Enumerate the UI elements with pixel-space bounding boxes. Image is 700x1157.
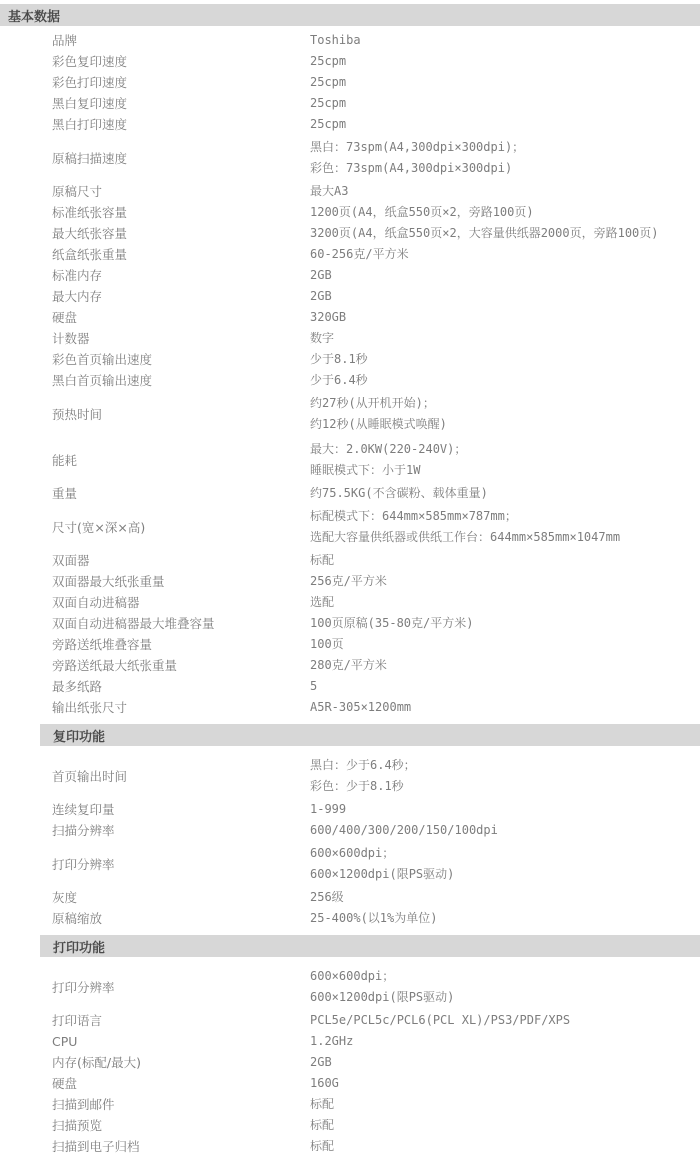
spec-row-label: 双面自动进稿器 [52,592,310,613]
spec-row: 原稿缩放25-400%(以1%为单位) [0,908,700,929]
spec-row: 灰度256级 [0,887,700,908]
spec-row-label: 扫描到邮件 [52,1094,310,1115]
spec-row: 原稿扫描速度黑白：73spm(A4,300dpi×300dpi)；彩色：73sp… [0,135,700,181]
spec-row: 纸盒纸张重量60-256克/平方米 [0,244,700,265]
spec-row-value: 1-999 [310,799,700,820]
spec-row: 标准纸张容量1200页(A4，纸盒550页×2，旁路100页) [0,202,700,223]
spec-page: 基本数据品牌Toshiba彩色复印速度25cpm彩色打印速度25cpm黑白复印速… [0,0,700,1157]
spec-value-line: 标配 [310,1094,700,1115]
spec-row-value: PCL5e/PCL5c/PCL6(PCL XL)/PS3/PDF/XPS [310,1010,700,1031]
spec-value-line: 25cpm [310,114,700,135]
spec-row: 彩色复印速度25cpm [0,51,700,72]
spec-row-value: 少于6.4秒 [310,370,700,391]
spec-value-line: 选配大容量供纸器或供纸工作台：644mm×585mm×1047mm [310,527,700,548]
spec-row-value: 最大：2.0KW(220-240V)；睡眠模式下：小于1W [310,439,700,481]
spec-row-label: 黑白首页输出速度 [52,370,310,391]
spec-row-value: A5R-305×1200mm [310,697,700,718]
spec-row-value: 25-400%(以1%为单位) [310,908,700,929]
spec-row: 原稿尺寸最大A3 [0,181,700,202]
spec-row-value: 25cpm [310,93,700,114]
spec-row-label: 标准纸张容量 [52,202,310,223]
spec-row-value: 最大A3 [310,181,700,202]
spec-row-label: 尺寸(宽×深×高) [52,506,310,548]
spec-row: 硬盘320GB [0,307,700,328]
spec-row-label: 首页输出时间 [52,755,310,797]
spec-row: 黑白首页输出速度少于6.4秒 [0,370,700,391]
spec-row-label: 扫描分辨率 [52,820,310,841]
spec-row-label: 硬盘 [52,1073,310,1094]
spec-row: 预热时间约27秒(从开机开始)；约12秒(从睡眠模式唤醒) [0,391,700,437]
spec-table: 基本数据品牌Toshiba彩色复印速度25cpm彩色打印速度25cpm黑白复印速… [0,4,700,1157]
spec-row-label: 扫描预览 [52,1115,310,1136]
spec-row-label: 原稿扫描速度 [52,137,310,179]
spec-row: 最大纸张容量3200页(A4，纸盒550页×2，大容量供纸器2000页，旁路10… [0,223,700,244]
spec-value-line: 5 [310,676,700,697]
spec-value-line: A5R-305×1200mm [310,697,700,718]
spec-value-line: 600×600dpi； [310,843,700,864]
spec-row-value: 25cpm [310,51,700,72]
spec-row: 扫描预览标配 [0,1115,700,1136]
spec-row: 硬盘160G [0,1073,700,1094]
spec-row: 最大内存2GB [0,286,700,307]
spec-value-line: 黑白：73spm(A4,300dpi×300dpi)； [310,137,700,158]
spec-value-line: 少于8.1秒 [310,349,700,370]
spec-row-value: 标配 [310,1115,700,1136]
section-header: 复印功能 [40,724,700,746]
spec-row-label: 彩色首页输出速度 [52,349,310,370]
section-title: 复印功能 [53,726,105,745]
spec-row: 打印语言PCL5e/PCL5c/PCL6(PCL XL)/PS3/PDF/XPS [0,1010,700,1031]
spec-row-value: 5 [310,676,700,697]
spec-value-line: 600/400/300/200/150/100dpi [310,820,700,841]
spec-row: 连续复印量1-999 [0,799,700,820]
spec-row-value: 少于8.1秒 [310,349,700,370]
spec-row-value: 2GB [310,286,700,307]
spec-value-line: 25-400%(以1%为单位) [310,908,700,929]
spec-value-line: 3200页(A4，纸盒550页×2，大容量供纸器2000页，旁路100页) [310,223,700,244]
spec-row-label: 品牌 [52,30,310,51]
spec-row-value: 100页原稿(35-80克/平方米) [310,613,700,634]
spec-row-value: 1.2GHz [310,1031,700,1052]
spec-row: 黑白复印速度25cpm [0,93,700,114]
spec-row-value: Toshiba [310,30,700,51]
spec-value-line: 2GB [310,265,700,286]
spec-value-line: 彩色：少于8.1秒 [310,776,700,797]
spec-row-value: 60-256克/平方米 [310,244,700,265]
spec-row: 彩色打印速度25cpm [0,72,700,93]
spec-value-line: 最大A3 [310,181,700,202]
spec-row: 双面自动进稿器选配 [0,592,700,613]
spec-value-line: 25cpm [310,51,700,72]
spec-row-label: 标准内存 [52,265,310,286]
spec-row-label: 输出纸张尺寸 [52,697,310,718]
spec-row-label: 硬盘 [52,307,310,328]
spec-row-label: 扫描到电子归档 [52,1136,310,1157]
spec-value-line: 彩色：73spm(A4,300dpi×300dpi) [310,158,700,179]
spec-row-value: 选配 [310,592,700,613]
spec-value-line: 256克/平方米 [310,571,700,592]
spec-row-value: 2GB [310,1052,700,1073]
spec-row-label: 最多纸路 [52,676,310,697]
spec-row-value: 25cpm [310,72,700,93]
spec-row: 尺寸(宽×深×高)标配模式下：644mm×585mm×787mm；选配大容量供纸… [0,504,700,550]
spec-row-label: 打印语言 [52,1010,310,1031]
spec-row-label: 旁路送纸堆叠容量 [52,634,310,655]
spec-value-line: PCL5e/PCL5c/PCL6(PCL XL)/PS3/PDF/XPS [310,1010,700,1031]
spec-row: 黑白打印速度25cpm [0,114,700,135]
spec-row: 扫描分辨率600/400/300/200/150/100dpi [0,820,700,841]
spec-value-line: 280克/平方米 [310,655,700,676]
spec-row-value: 600×600dpi；600×1200dpi(限PS驱动) [310,966,700,1008]
spec-value-line: 100页 [310,634,700,655]
section-header: 打印功能 [40,935,700,957]
spec-row-label: 预热时间 [52,393,310,435]
section-title: 打印功能 [53,937,105,956]
spec-value-line: 最大：2.0KW(220-240V)； [310,439,700,460]
section-title: 基本数据 [8,6,60,25]
spec-row-label: 黑白复印速度 [52,93,310,114]
spec-value-line: 标配 [310,550,700,571]
spec-value-line: 25cpm [310,72,700,93]
spec-value-line: 100页原稿(35-80克/平方米) [310,613,700,634]
spec-value-line: 2GB [310,1052,700,1073]
spec-row-value: 320GB [310,307,700,328]
spec-value-line: 少于6.4秒 [310,370,700,391]
spec-row-value: 160G [310,1073,700,1094]
spec-row-label: 打印分辨率 [52,843,310,885]
spec-row: 打印分辨率600×600dpi；600×1200dpi(限PS驱动) [0,964,700,1010]
spec-row-label: 最大内存 [52,286,310,307]
spec-value-line: 黑白：少于6.4秒； [310,755,700,776]
spec-row-value: 标配模式下：644mm×585mm×787mm；选配大容量供纸器或供纸工作台：6… [310,506,700,548]
spec-value-line: 睡眠模式下：小于1W [310,460,700,481]
section-header: 基本数据 [0,4,700,26]
spec-row: 重量约75.5KG(不含碳粉、载体重量) [0,483,700,504]
spec-row-label: 灰度 [52,887,310,908]
spec-row: CPU1.2GHz [0,1031,700,1052]
spec-row: 扫描到电子归档标配 [0,1136,700,1157]
spec-value-line: 约27秒(从开机开始)； [310,393,700,414]
spec-value-line: 1-999 [310,799,700,820]
spec-row: 彩色首页输出速度少于8.1秒 [0,349,700,370]
spec-row: 计数器数字 [0,328,700,349]
spec-row: 打印分辨率600×600dpi；600×1200dpi(限PS驱动) [0,841,700,887]
spec-row-value: 256级 [310,887,700,908]
spec-value-line: 数字 [310,328,700,349]
spec-value-line: 2GB [310,286,700,307]
spec-row-label: 黑白打印速度 [52,114,310,135]
spec-value-line: 60-256克/平方米 [310,244,700,265]
spec-row-label: 旁路送纸最大纸张重量 [52,655,310,676]
spec-value-line: 标配 [310,1115,700,1136]
spec-row: 首页输出时间黑白：少于6.4秒；彩色：少于8.1秒 [0,753,700,799]
spec-value-line: 选配 [310,592,700,613]
spec-row-label: 最大纸张容量 [52,223,310,244]
spec-row: 旁路送纸最大纸张重量280克/平方米 [0,655,700,676]
spec-row: 内存(标配/最大)2GB [0,1052,700,1073]
spec-row-value: 256克/平方米 [310,571,700,592]
spec-row-label: 彩色复印速度 [52,51,310,72]
section-rows: 首页输出时间黑白：少于6.4秒；彩色：少于8.1秒连续复印量1-999扫描分辨率… [0,753,700,929]
spec-row-label: 打印分辨率 [52,966,310,1008]
spec-value-line: 600×600dpi； [310,966,700,987]
spec-row-label: 双面器 [52,550,310,571]
spec-row: 双面器标配 [0,550,700,571]
spec-row-label: CPU [52,1031,310,1052]
spec-row: 扫描到邮件标配 [0,1094,700,1115]
spec-value-line: 标配 [310,1136,700,1157]
spec-row: 双面自动进稿器最大堆叠容量100页原稿(35-80克/平方米) [0,613,700,634]
section-rows: 品牌Toshiba彩色复印速度25cpm彩色打印速度25cpm黑白复印速度25c… [0,26,700,718]
spec-row-value: 标配 [310,550,700,571]
spec-row-value: 数字 [310,328,700,349]
spec-row: 标准内存2GB [0,265,700,286]
spec-row-value: 100页 [310,634,700,655]
spec-value-line: 1200页(A4，纸盒550页×2，旁路100页) [310,202,700,223]
spec-row: 能耗最大：2.0KW(220-240V)；睡眠模式下：小于1W [0,437,700,483]
spec-row-value: 1200页(A4，纸盒550页×2，旁路100页) [310,202,700,223]
spec-row-label: 彩色打印速度 [52,72,310,93]
spec-value-line: 25cpm [310,93,700,114]
spec-row-value: 黑白：73spm(A4,300dpi×300dpi)；彩色：73spm(A4,3… [310,137,700,179]
spec-row-value: 600/400/300/200/150/100dpi [310,820,700,841]
spec-value-line: 600×1200dpi(限PS驱动) [310,987,700,1008]
spec-row-value: 约27秒(从开机开始)；约12秒(从睡眠模式唤醒) [310,393,700,435]
spec-row-value: 25cpm [310,114,700,135]
spec-row-label: 双面自动进稿器最大堆叠容量 [52,613,310,634]
section-rows: 打印分辨率600×600dpi；600×1200dpi(限PS驱动)打印语言PC… [0,964,700,1157]
spec-row-label: 原稿尺寸 [52,181,310,202]
spec-value-line: 标配模式下：644mm×585mm×787mm； [310,506,700,527]
spec-row-label: 计数器 [52,328,310,349]
spec-row: 品牌Toshiba [0,30,700,51]
spec-row-label: 原稿缩放 [52,908,310,929]
spec-row-label: 能耗 [52,439,310,481]
spec-row-value: 标配 [310,1136,700,1157]
spec-row: 输出纸张尺寸A5R-305×1200mm [0,697,700,718]
spec-value-line: 600×1200dpi(限PS驱动) [310,864,700,885]
spec-value-line: 320GB [310,307,700,328]
spec-row-value: 600×600dpi；600×1200dpi(限PS驱动) [310,843,700,885]
spec-row-label: 双面器最大纸张重量 [52,571,310,592]
spec-value-line: 约12秒(从睡眠模式唤醒) [310,414,700,435]
spec-value-line: 160G [310,1073,700,1094]
spec-row: 最多纸路5 [0,676,700,697]
spec-row-label: 内存(标配/最大) [52,1052,310,1073]
spec-row-value: 3200页(A4，纸盒550页×2，大容量供纸器2000页，旁路100页) [310,223,700,244]
spec-row-value: 280克/平方米 [310,655,700,676]
spec-row-value: 黑白：少于6.4秒；彩色：少于8.1秒 [310,755,700,797]
spec-row: 旁路送纸堆叠容量100页 [0,634,700,655]
spec-row-value: 标配 [310,1094,700,1115]
spec-value-line: 1.2GHz [310,1031,700,1052]
spec-row-value: 2GB [310,265,700,286]
spec-row-value: 约75.5KG(不含碳粉、载体重量) [310,483,700,504]
spec-row-label: 纸盒纸张重量 [52,244,310,265]
spec-row: 双面器最大纸张重量256克/平方米 [0,571,700,592]
spec-value-line: 256级 [310,887,700,908]
spec-row-label: 连续复印量 [52,799,310,820]
spec-value-line: 约75.5KG(不含碳粉、载体重量) [310,483,700,504]
spec-value-line: Toshiba [310,30,700,51]
spec-row-label: 重量 [52,483,310,504]
